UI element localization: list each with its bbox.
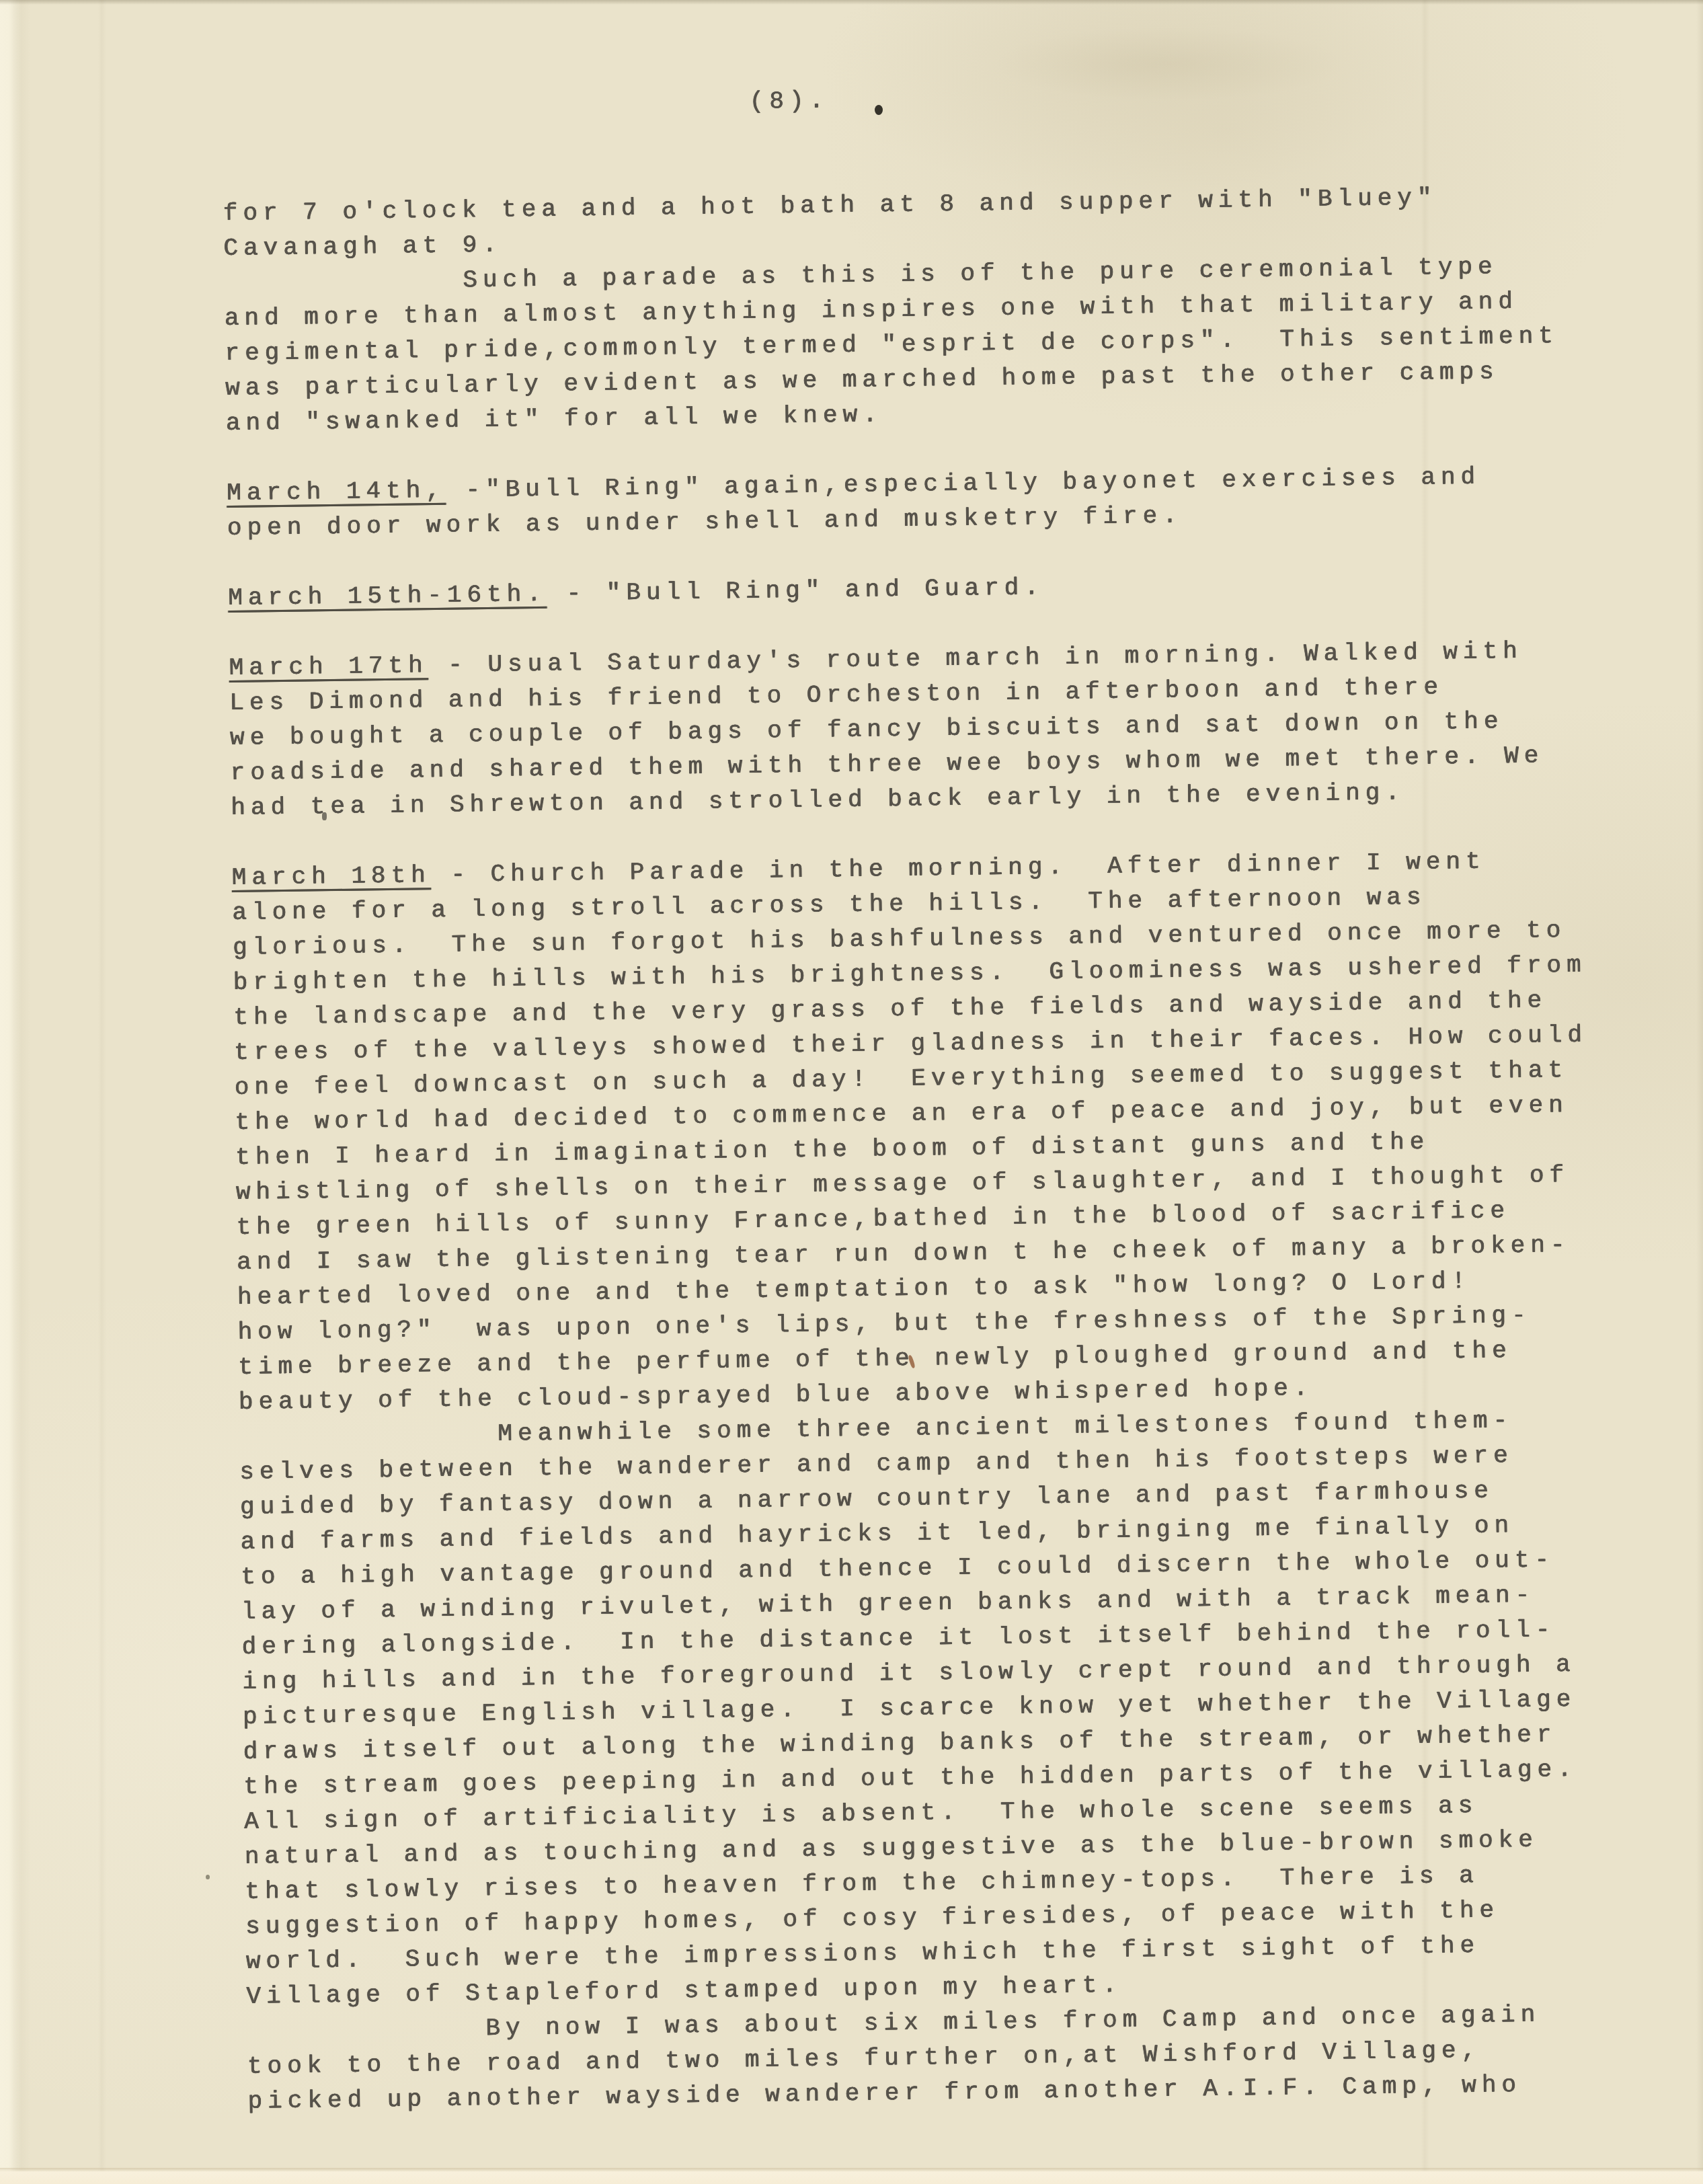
entry-date: March 17th [229,652,428,682]
text-block: (8). for 7 o'clock tea and a hot bath at… [0,0,1703,2123]
page-number: (8). [221,74,1689,128]
typewritten-page: (8). for 7 o'clock tea and a hot bath at… [0,0,1703,2123]
scan-edge-bottom [0,2168,1703,2184]
scanned-paper-background: (8). for 7 o'clock tea and a hot bath at… [0,0,1703,2184]
entry-date: March 18th [231,861,431,892]
entry-date: March 15th-16th. [228,580,547,612]
entry-text: - "Bull Ring" and Guard. [547,574,1045,608]
entry-date: March 14th, [227,477,446,507]
